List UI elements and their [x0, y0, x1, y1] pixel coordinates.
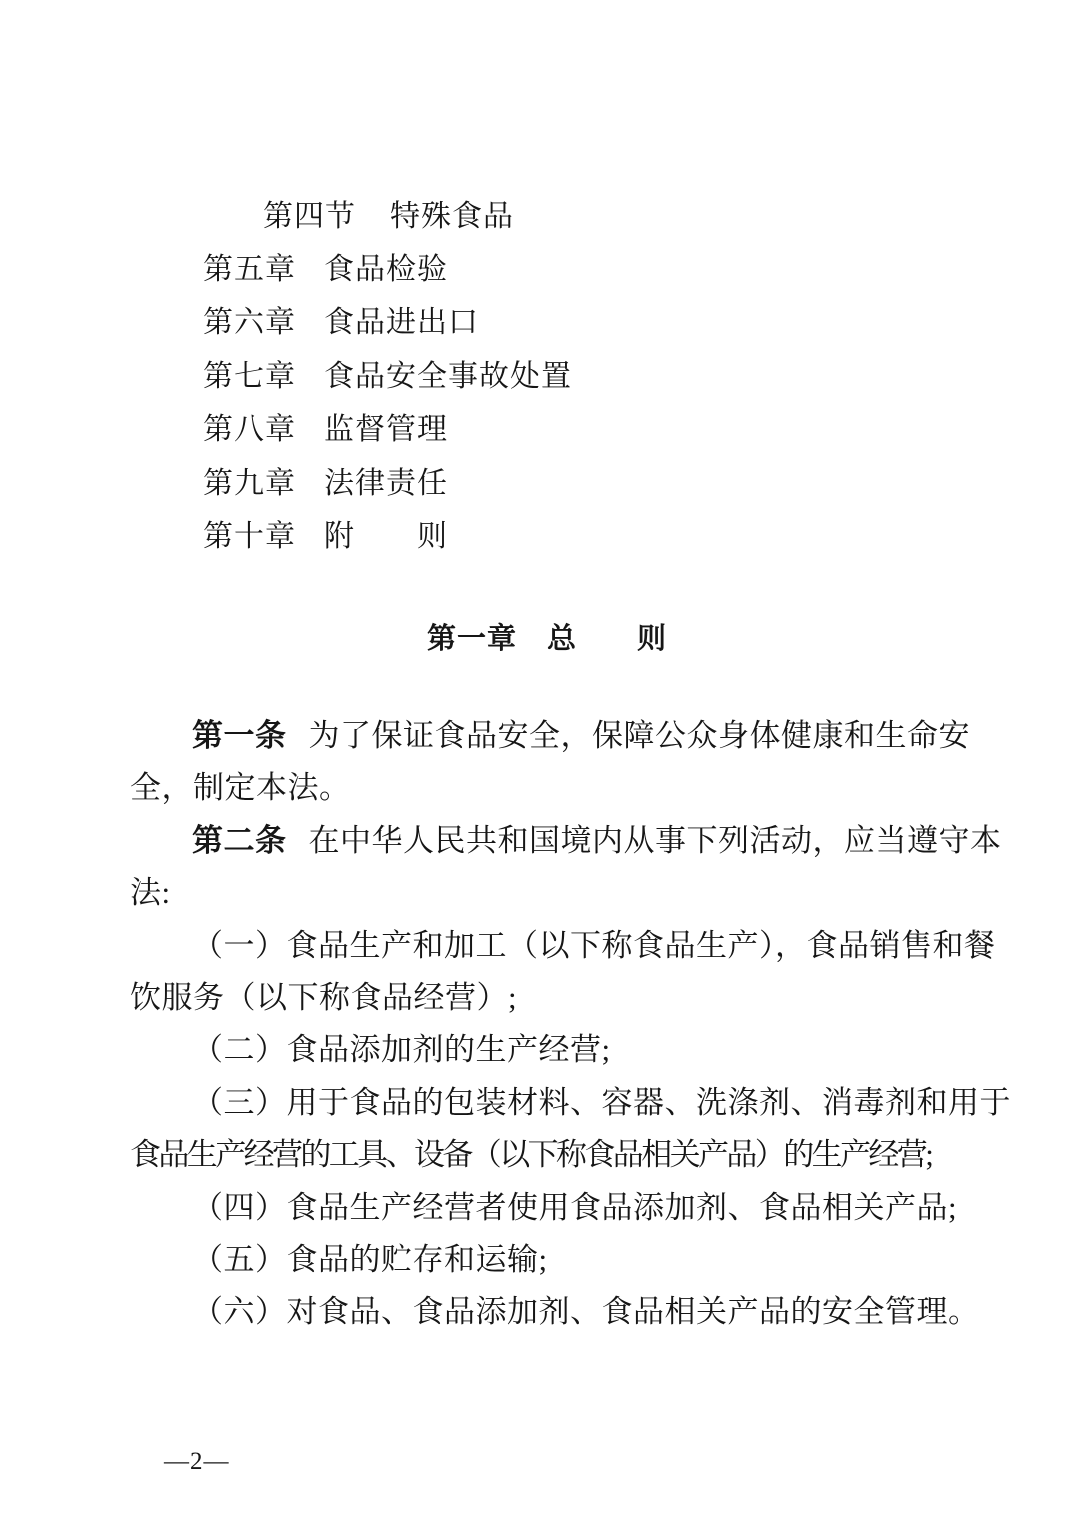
toc-item-label: 第七章 — [203, 351, 296, 395]
article-body: 第一条为了保证食品安全，保障公众身体健康和生命安 全，制定本法。 第二条在中华人… — [130, 710, 1010, 1339]
toc-item-chapter-10: 第十章 附 则 — [203, 506, 572, 559]
toc-item-chapter-9: 第九章 法律责任 — [203, 453, 572, 506]
toc-item-label: 第八章 — [203, 404, 296, 448]
toc-item-section-4: 第四节 特殊食品 — [203, 186, 572, 239]
article-1-line-2: 全，制定本法。 — [130, 762, 1010, 814]
article-2-label: 第二条 — [192, 823, 287, 858]
article-2-line-1: 第二条在中华人民共和国境内从事下列活动，应当遵守本 — [130, 815, 1010, 867]
toc-item-title: 食品安全事故处置 — [324, 351, 572, 395]
list-item-5-line-1: （五）食品的贮存和运输; — [130, 1234, 1010, 1286]
article-1-label: 第一条 — [192, 718, 287, 753]
toc-item-title: 法律责任 — [324, 458, 448, 502]
toc-item-chapter-5: 第五章 食品检验 — [203, 239, 572, 292]
page-number: —2— — [164, 1448, 230, 1476]
list-item-4-line-1: （四）食品生产经营者使用食品添加剂、食品相关产品; — [130, 1182, 1010, 1234]
toc-item-label: 第九章 — [203, 458, 296, 502]
article-1-text: 为了保证食品安全，保障公众身体健康和生命安 — [309, 718, 971, 753]
toc-item-title: 特殊食品 — [390, 191, 514, 235]
list-item-1-line-2: 饮服务（以下称食品经营）; — [130, 972, 1010, 1024]
document-page: 第四节 特殊食品 第五章 食品检验 第六章 食品进出口 第七章 食品安全事故处置… — [0, 0, 1074, 1520]
list-item-2-line-1: （二）食品添加剂的生产经营; — [130, 1024, 1010, 1076]
article-2-line-2: 法: — [130, 867, 1010, 919]
toc-item-label: 第六章 — [203, 297, 296, 341]
list-item-6-line-1: （六）对食品、食品添加剂、食品相关产品的安全管理。 — [130, 1286, 1010, 1338]
toc-item-title: 监督管理 — [324, 404, 448, 448]
toc-item-label: 第五章 — [203, 244, 296, 288]
chapter-heading: 第一章 总 则 — [10, 616, 1074, 657]
toc-item-chapter-7: 第七章 食品安全事故处置 — [203, 346, 572, 399]
table-of-contents: 第四节 特殊食品 第五章 食品检验 第六章 食品进出口 第七章 食品安全事故处置… — [203, 186, 572, 560]
toc-item-title: 食品检验 — [324, 244, 448, 288]
list-item-3-line-2: 食品生产经营的工具、设备（以下称食品相关产品）的生产经营; — [130, 1129, 1010, 1181]
toc-item-label: 第四节 — [263, 191, 356, 235]
toc-item-chapter-6: 第六章 食品进出口 — [203, 293, 572, 346]
list-item-3-line-1: （三）用于食品的包装材料、容器、洗涤剂、消毒剂和用于 — [130, 1077, 1010, 1129]
list-item-1-line-1: （一）食品生产和加工（以下称食品生产），食品销售和餐 — [130, 920, 1010, 972]
toc-item-label: 第十章 — [203, 511, 296, 555]
toc-item-chapter-8: 第八章 监督管理 — [203, 400, 572, 453]
toc-item-title: 食品进出口 — [324, 297, 479, 341]
article-1-line-1: 第一条为了保证食品安全，保障公众身体健康和生命安 — [130, 710, 1010, 762]
article-2-text: 在中华人民共和国境内从事下列活动，应当遵守本 — [309, 823, 1002, 858]
toc-item-title: 附 则 — [324, 511, 448, 555]
